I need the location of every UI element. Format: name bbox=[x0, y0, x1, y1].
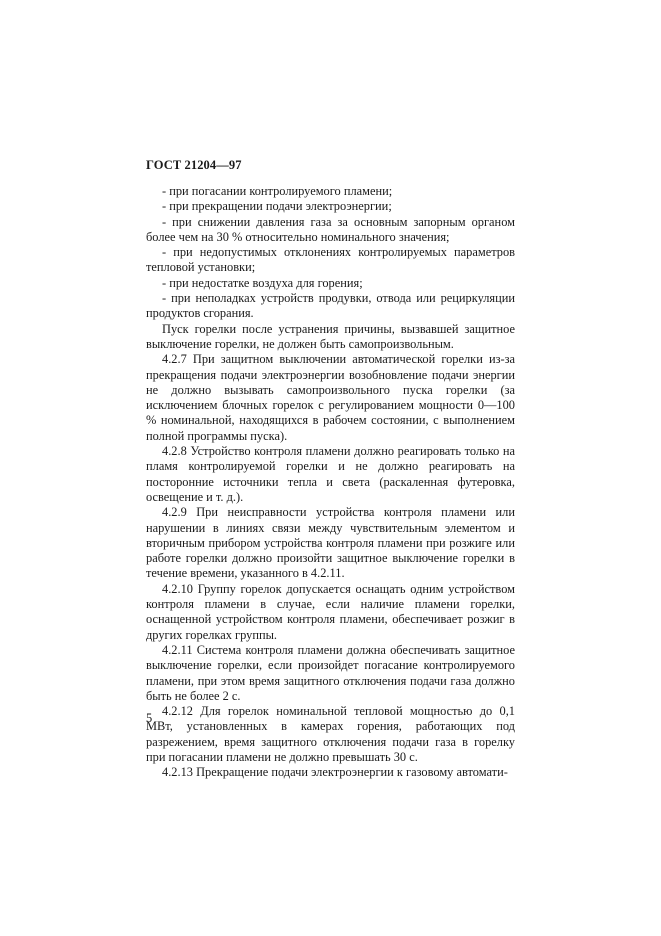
paragraph: 4.2.10 Группу горелок допускается оснаща… bbox=[146, 582, 515, 643]
paragraph: Пуск горелки после устранения причины, в… bbox=[146, 322, 515, 353]
paragraph: 4.2.12 Для горелок номинальной тепловой … bbox=[146, 704, 515, 765]
paragraph: 4.2.13 Прекращение подачи электроэнергии… bbox=[146, 765, 515, 780]
paragraph: - при снижении давления газа за основным… bbox=[146, 215, 515, 246]
paragraph: 4.2.8 Устройство контроля пламени должно… bbox=[146, 444, 515, 505]
paragraph: 4.2.9 При неисправности устройства контр… bbox=[146, 505, 515, 581]
paragraph: - при прекращении подачи электроэнергии; bbox=[146, 199, 515, 214]
document-header: ГОСТ 21204—97 bbox=[146, 158, 242, 173]
page-number: 5 bbox=[146, 711, 152, 726]
paragraph: 4.2.11 Система контроля пламени должна о… bbox=[146, 643, 515, 704]
document-body: - при погасании контролируемого пламени;… bbox=[146, 184, 515, 781]
paragraph: - при недопустимых отклонениях контролир… bbox=[146, 245, 515, 276]
paragraph: - при недостатке воздуха для горения; bbox=[146, 276, 515, 291]
paragraph: 4.2.7 При защитном выключении автоматиче… bbox=[146, 352, 515, 444]
paragraph: - при неполадках устройств продувки, отв… bbox=[146, 291, 515, 322]
paragraph: - при погасании контролируемого пламени; bbox=[146, 184, 515, 199]
